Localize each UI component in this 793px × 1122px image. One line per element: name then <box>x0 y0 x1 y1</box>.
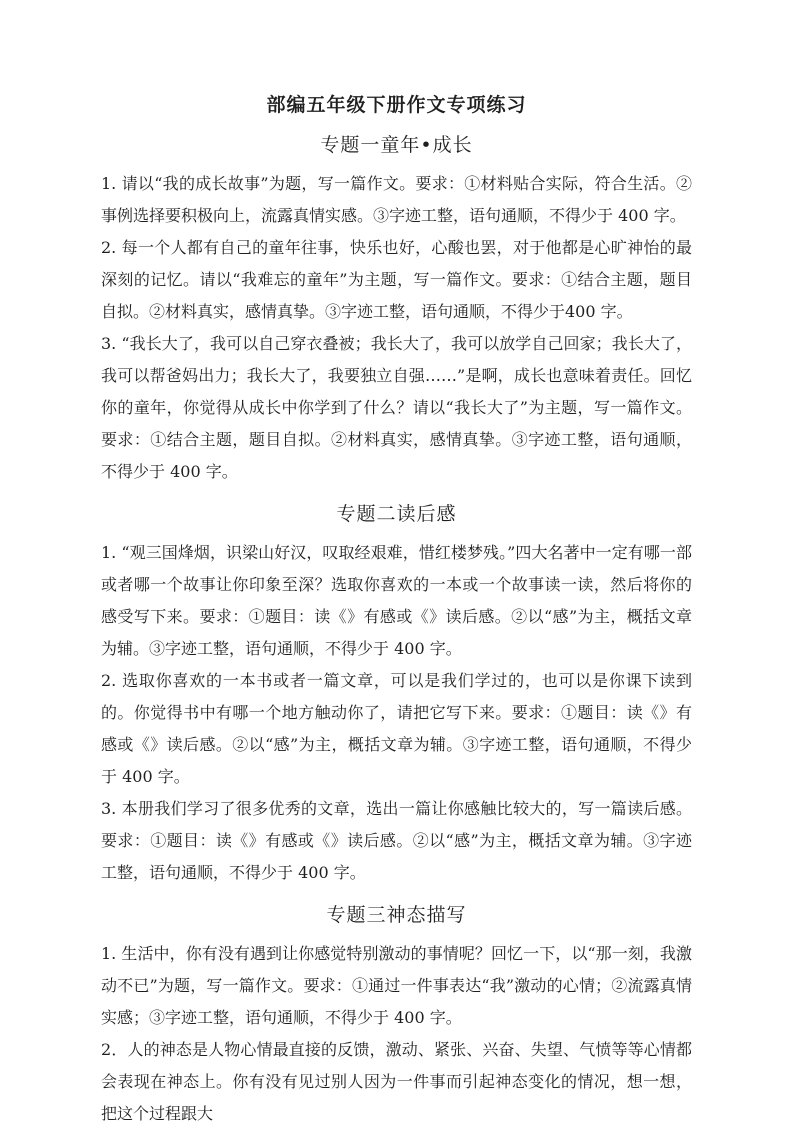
section-reading-response: 专题二读后感 1. “观三国烽烟，识梁山好汉，叹取经艰难，惜红楼梦残。”四大名著… <box>101 501 692 889</box>
section-1-heading: 专题一童年•成长 <box>101 132 692 159</box>
section-2-heading: 专题二读后感 <box>101 501 692 528</box>
document-page: 部编五年级下册作文专项练习 专题一童年•成长 1. 请以“我的成长故事”为题，写… <box>0 0 793 1122</box>
paragraph: 1. 生活中，你有没有遇到让你感觉特别激动的事情呢？回忆一下，以“那一刻，我激动… <box>101 938 692 1034</box>
section-expression-description: 专题三神态描写 1. 生活中，你有没有遇到让你感觉特别激动的事情呢？回忆一下，以… <box>101 902 692 1122</box>
paragraph: 1. 请以“我的成长故事”为题，写一篇作文。要求：①材料贴合实际，符合生活。②事… <box>101 168 692 232</box>
document-title: 部编五年级下册作文专项练习 <box>101 92 692 119</box>
paragraph: 3. 本册我们学习了很多优秀的文章，选出一篇让你感触比较大的，写一篇读后感。要求… <box>101 793 692 889</box>
paragraph: 2．人的神态是人物心情最直接的反馈，激动、紧张、兴奋、失望、气愤等等心情都会表现… <box>101 1034 692 1122</box>
paragraph: 2. 选取你喜欢的一本书或者一篇文章，可以是我们学过的，也可以是你课下读到的。你… <box>101 665 692 793</box>
paragraph: 1. “观三国烽烟，识梁山好汉，叹取经艰难，惜红楼梦残。”四大名著中一定有哪一部… <box>101 537 692 665</box>
section-childhood-growth: 专题一童年•成长 1. 请以“我的成长故事”为题，写一篇作文。要求：①材料贴合实… <box>101 132 692 488</box>
paragraph: 2. 每一个人都有自己的童年往事，快乐也好，心酸也罢，对于他都是心旷神怡的最深刻… <box>101 232 692 328</box>
section-3-heading: 专题三神态描写 <box>101 902 692 929</box>
paragraph: 3. “我长大了，我可以自己穿衣叠被；我长大了，我可以放学自己回家；我长大了，我… <box>101 328 692 488</box>
